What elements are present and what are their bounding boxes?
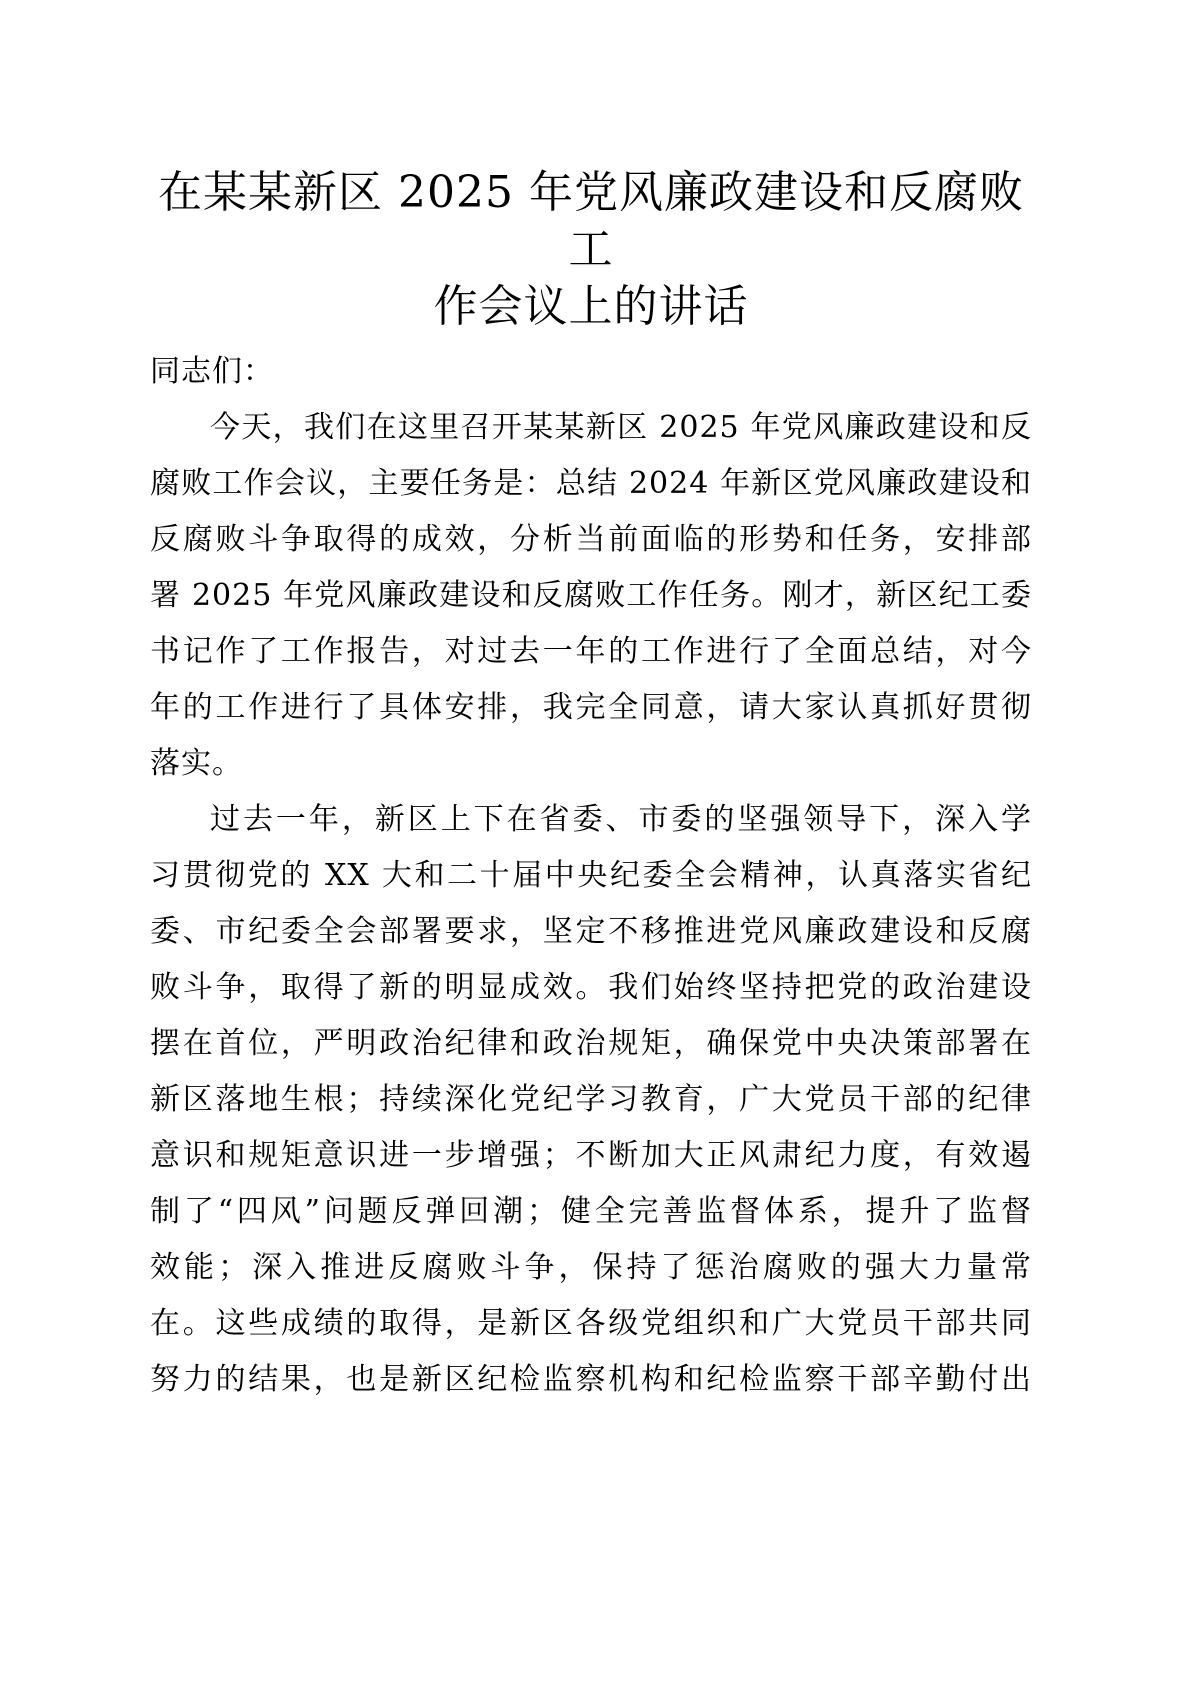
body-line: 委、市纪委全会部署要求，坚定不移推进党风廉政建设和反腐 [150, 904, 1032, 960]
body-line: 在。这些成绩的取得，是新区各级党组织和广大党员干部共同 [150, 1296, 1032, 1352]
title-line-2: 作会议上的讲话 [150, 278, 1032, 335]
body-line: 意识和规矩意识进一步增强；不断加大正风肃纪力度，有效遏 [150, 1128, 1032, 1184]
document-title: 在某某新区 2025 年党风廉政建设和反腐败工 作会议上的讲话 [150, 164, 1032, 335]
body-line: 习贯彻党的 XX 大和二十届中央纪委全会精神，认真落实省纪 [150, 848, 1032, 904]
body-line: 努力的结果，也是新区纪检监察机构和纪检监察干部辛勤付出 [150, 1352, 1032, 1408]
body-line: 摆在首位，严明政治纪律和政治规矩，确保党中央决策部署在 [150, 1016, 1032, 1072]
body-line: 制了“四风”问题反弹回潮；健全完善监督体系，提升了监督 [150, 1184, 1032, 1240]
document-body: 同志们： 今天，我们在这里召开某某新区 2025 年党风廉政建设和反 腐败工作会… [150, 344, 1032, 1408]
body-line: 年的工作进行了具体安排，我完全同意，请大家认真抓好贯彻 [150, 680, 1032, 736]
document-page: 在某某新区 2025 年党风廉政建设和反腐败工 作会议上的讲话 同志们： 今天，… [0, 0, 1190, 1683]
salutation-line: 同志们： [150, 344, 1032, 400]
body-line: 反腐败斗争取得的成效，分析当前面临的形势和任务，安排部 [150, 512, 1032, 568]
body-line: 败斗争，取得了新的明显成效。我们始终坚持把党的政治建设 [150, 960, 1032, 1016]
body-line: 今天，我们在这里召开某某新区 2025 年党风廉政建设和反 [150, 400, 1032, 456]
body-line: 新区落地生根；持续深化党纪学习教育，广大党员干部的纪律 [150, 1072, 1032, 1128]
body-line: 过去一年，新区上下在省委、市委的坚强领导下，深入学 [150, 792, 1032, 848]
body-line: 腐败工作会议，主要任务是：总结 2024 年新区党风廉政建设和 [150, 456, 1032, 512]
body-line: 书记作了工作报告，对过去一年的工作进行了全面总结，对今 [150, 624, 1032, 680]
body-line: 效能；深入推进反腐败斗争，保持了惩治腐败的强大力量常 [150, 1240, 1032, 1296]
body-line: 落实。 [150, 736, 1032, 792]
body-line: 署 2025 年党风廉政建设和反腐败工作任务。刚才，新区纪工委 [150, 568, 1032, 624]
title-line-1: 在某某新区 2025 年党风廉政建设和反腐败工 [150, 164, 1032, 278]
